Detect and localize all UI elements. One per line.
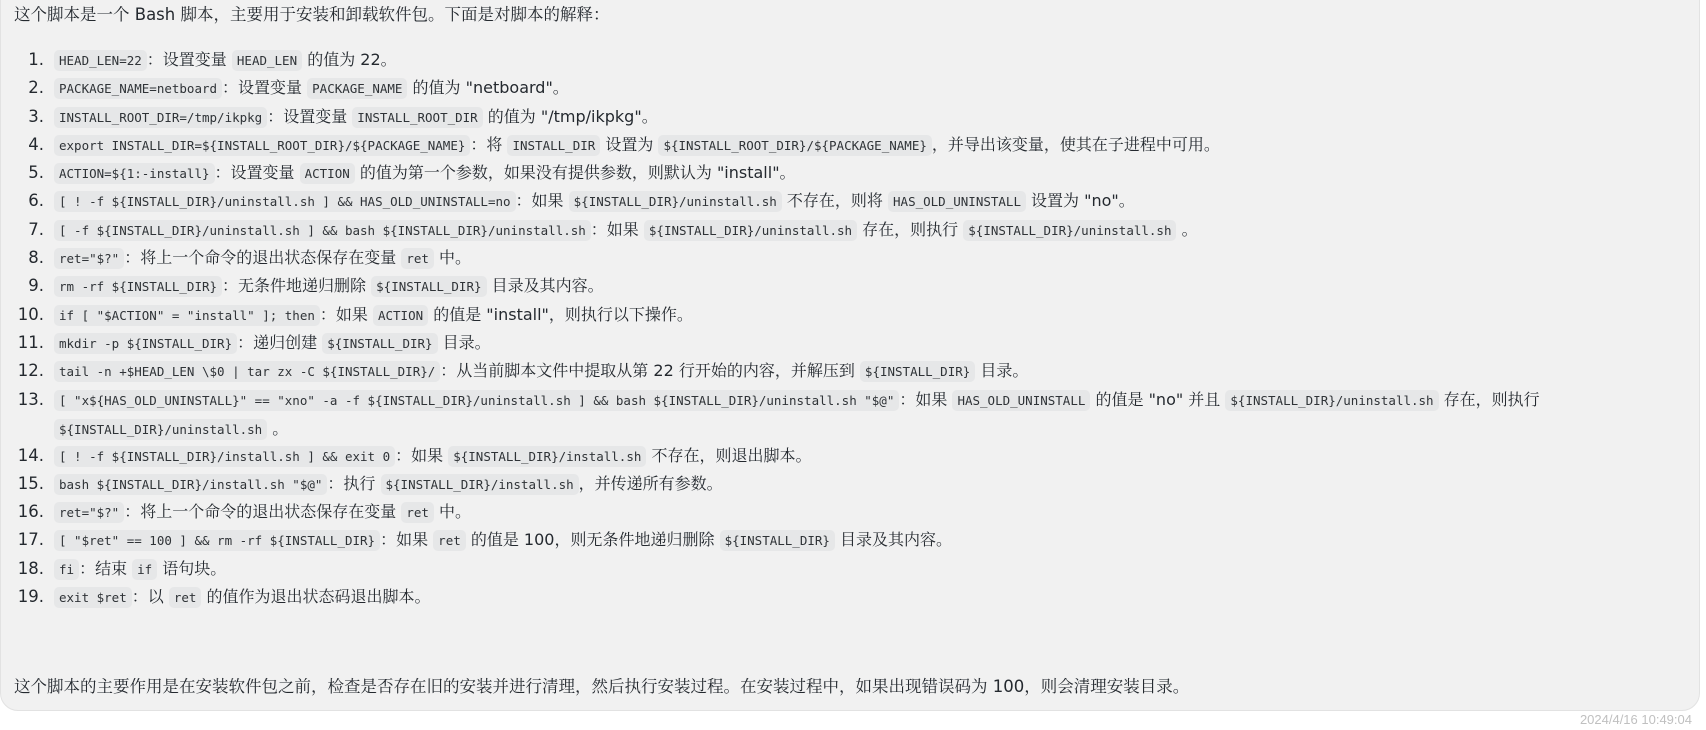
inline-code: ${INSTALL_DIR}/uninstall.sh — [54, 419, 267, 440]
list-item-number: 5. — [0, 159, 44, 187]
inline-code: HAS_OLD_UNINSTALL — [952, 390, 1090, 411]
inline-code: ret="$?" — [54, 248, 124, 269]
explanation-text: 设置为 "no"。 — [1026, 191, 1135, 210]
inline-code: ACTION=${1:-install} — [54, 163, 215, 184]
explanation-list: 1.HEAD_LEN=22：设置变量 HEAD_LEN 的值为 22。2.PAC… — [0, 46, 1690, 611]
inline-code: rm -rf ${INSTALL_DIR} — [54, 276, 222, 297]
inline-code: ${INSTALL_DIR}/uninstall.sh — [1225, 390, 1438, 411]
list-item-number: 11. — [0, 329, 44, 357]
list-item-number: 13. — [0, 386, 44, 414]
inline-code: mkdir -p ${INSTALL_DIR} — [54, 333, 237, 354]
list-item-number: 1. — [0, 46, 44, 74]
explanation-text: 的值为 "/tmp/ikpkg"。 — [483, 107, 658, 126]
list-item: 16.ret="$?"：将上一个命令的退出状态保存在变量 ret 中。 — [0, 498, 1690, 526]
inline-code: ACTION — [300, 163, 355, 184]
inline-code: HEAD_LEN — [232, 50, 302, 71]
inline-code: if [ "$ACTION" = "install" ]; then — [54, 305, 320, 326]
inline-code: [ -f ${INSTALL_DIR}/uninstall.sh ] && ba… — [54, 220, 591, 241]
list-item: 1.HEAD_LEN=22：设置变量 HEAD_LEN 的值为 22。 — [0, 46, 1690, 74]
explanation-text: 设置为 — [600, 135, 658, 154]
list-item-number: 9. — [0, 272, 44, 300]
explanation-text: ，并传递所有参数。 — [579, 474, 723, 493]
list-item: 15.bash ${INSTALL_DIR}/install.sh "$@"：执… — [0, 470, 1690, 498]
inline-code: ACTION — [373, 305, 428, 326]
explanation-text: 目录。 — [438, 333, 491, 352]
inline-code: ${INSTALL_DIR}/uninstall.sh — [569, 191, 782, 212]
explanation-text: ：将 — [470, 135, 507, 154]
inline-code: ret="$?" — [54, 502, 124, 523]
explanation-text: 的值是 100，则无条件地递归删除 — [466, 530, 720, 549]
inline-code: ${INSTALL_DIR}/install.sh — [448, 446, 646, 467]
inline-code: INSTALL_ROOT_DIR — [352, 107, 482, 128]
list-item-number: 18. — [0, 555, 44, 583]
explanation-text: 中。 — [434, 502, 471, 521]
explanation-text: 目录及其内容。 — [835, 530, 952, 549]
list-item-number: 6. — [0, 187, 44, 215]
list-item: 18.fi：结束 if 语句块。 — [0, 555, 1690, 583]
inline-code: export INSTALL_DIR=${INSTALL_ROOT_DIR}/$… — [54, 135, 470, 156]
explanation-text: ：如果 — [516, 191, 569, 210]
explanation-text: ：从当前脚本文件中提取从第 22 行开始的内容，并解压到 — [440, 361, 860, 380]
inline-code: [ ! -f ${INSTALL_DIR}/uninstall.sh ] && … — [54, 191, 516, 212]
list-item-number: 7. — [0, 216, 44, 244]
list-item: 17.[ "$ret" == 100 ] && rm -rf ${INSTALL… — [0, 526, 1690, 554]
list-item-number: 10. — [0, 301, 44, 329]
list-item-number: 15. — [0, 470, 44, 498]
inline-code: ${INSTALL_DIR}/install.sh — [381, 474, 579, 495]
explanation-text: ：结束 — [79, 559, 132, 578]
explanation-text: 存在，则执行 — [1439, 390, 1540, 409]
list-item: 14.[ ! -f ${INSTALL_DIR}/install.sh ] &&… — [0, 442, 1690, 470]
explanation-text: 中。 — [434, 248, 471, 267]
explanation-text: ：如果 — [395, 446, 448, 465]
list-item: 6.[ ! -f ${INSTALL_DIR}/uninstall.sh ] &… — [0, 187, 1690, 215]
explanation-text: ：如果 — [591, 220, 644, 239]
explanation-text: ：设置变量 — [215, 163, 300, 182]
list-item-number: 17. — [0, 526, 44, 554]
explanation-text: 存在，则执行 — [857, 220, 963, 239]
inline-code: [ "x${HAS_OLD_UNINSTALL}" == "xno" -a -f… — [54, 390, 899, 411]
inline-code: ${INSTALL_DIR} — [860, 361, 975, 382]
list-item-number: 14. — [0, 442, 44, 470]
explanation-text: 的值作为退出状态码退出脚本。 — [201, 587, 430, 606]
list-item: 13.[ "x${HAS_OLD_UNINSTALL}" == "xno" -a… — [0, 386, 1654, 442]
inline-code: if — [132, 559, 157, 580]
explanation-text: ：设置变量 — [267, 107, 352, 126]
explanation-text: ：无条件地递归删除 — [222, 276, 371, 295]
list-item: 10.if [ "$ACTION" = "install" ]; then：如果… — [0, 301, 1690, 329]
explanation-text: ，并导出该变量，使其在子进程中可用。 — [932, 135, 1220, 154]
explanation-text: ：如果 — [380, 530, 433, 549]
explanation-text: ：将上一个命令的退出状态保存在变量 — [124, 248, 401, 267]
list-item: 8.ret="$?"：将上一个命令的退出状态保存在变量 ret 中。 — [0, 244, 1690, 272]
inline-code: [ ! -f ${INSTALL_DIR}/install.sh ] && ex… — [54, 446, 395, 467]
explanation-text: ：如果 — [899, 390, 952, 409]
explanation-text: ：如果 — [320, 305, 373, 324]
inline-code: ret — [401, 248, 434, 269]
explanation-text: 目录及其内容。 — [487, 276, 604, 295]
inline-code: ret — [401, 502, 434, 523]
explanation-text: 的值为 22。 — [302, 50, 397, 69]
explanation-text: ：设置变量 — [147, 50, 232, 69]
explanation-text: 的值为第一个参数，如果没有提供参数，则默认为 "install"。 — [355, 163, 796, 182]
inline-code: tail -n +$HEAD_LEN \$0 | tar zx -C ${INS… — [54, 361, 440, 382]
explanation-text: 的值是 "install"，则执行以下操作。 — [428, 305, 693, 324]
inline-code: ${INSTALL_DIR}/uninstall.sh — [644, 220, 857, 241]
list-item: 3.INSTALL_ROOT_DIR=/tmp/ikpkg：设置变量 INSTA… — [0, 103, 1690, 131]
explanation-text: 的值为 "netboard"。 — [407, 78, 568, 97]
list-item-number: 3. — [0, 103, 44, 131]
inline-code: fi — [54, 559, 79, 580]
list-item: 2.PACKAGE_NAME=netboard：设置变量 PACKAGE_NAM… — [0, 74, 1690, 102]
list-item: 12.tail -n +$HEAD_LEN \$0 | tar zx -C ${… — [0, 357, 1690, 385]
list-item: 9.rm -rf ${INSTALL_DIR}：无条件地递归删除 ${INSTA… — [0, 272, 1690, 300]
inline-code: ${INSTALL_ROOT_DIR}/${PACKAGE_NAME} — [658, 135, 931, 156]
list-item: 5.ACTION=${1:-install}：设置变量 ACTION 的值为第一… — [0, 159, 1690, 187]
list-item: 4.export INSTALL_DIR=${INSTALL_ROOT_DIR}… — [0, 131, 1690, 159]
inline-code: ret — [433, 530, 466, 551]
inline-code: bash ${INSTALL_DIR}/install.sh "$@" — [54, 474, 327, 495]
explanation-text: 不存在，则将 — [782, 191, 888, 210]
inline-code: ret — [169, 587, 202, 608]
explanation-text: 语句块。 — [157, 559, 226, 578]
list-item-number: 8. — [0, 244, 44, 272]
list-item-number: 4. — [0, 131, 44, 159]
list-item: 19.exit $ret：以 ret 的值作为退出状态码退出脚本。 — [0, 583, 1690, 611]
list-item: 11.mkdir -p ${INSTALL_DIR}：递归创建 ${INSTAL… — [0, 329, 1690, 357]
inline-code: PACKAGE_NAME=netboard — [54, 78, 222, 99]
list-item: 7.[ -f ${INSTALL_DIR}/uninstall.sh ] && … — [0, 216, 1690, 244]
inline-code: [ "$ret" == 100 ] && rm -rf ${INSTALL_DI… — [54, 530, 380, 551]
list-item-number: 19. — [0, 583, 44, 611]
explanation-text: ：以 — [132, 587, 169, 606]
explanation-text: 。 — [267, 419, 288, 438]
explanation-text: ：执行 — [327, 474, 380, 493]
explanation-text: ：设置变量 — [222, 78, 307, 97]
message-timestamp: 2024/4/16 10:49:04 — [1580, 712, 1692, 727]
inline-code: ${INSTALL_DIR}/uninstall.sh — [963, 220, 1176, 241]
explanation-text: 不存在，则退出脚本。 — [646, 446, 811, 465]
message-summary: 这个脚本的主要作用是在安装软件包之前，检查是否存在旧的安装并进行清理，然后执行安… — [14, 676, 1189, 698]
inline-code: ${INSTALL_DIR} — [371, 276, 486, 297]
list-item-number: 12. — [0, 357, 44, 385]
explanation-text: ：将上一个命令的退出状态保存在变量 — [124, 502, 401, 521]
list-item-number: 2. — [0, 74, 44, 102]
explanation-text: 。 — [1176, 220, 1197, 239]
inline-code: ${INSTALL_DIR} — [322, 333, 437, 354]
inline-code: HAS_OLD_UNINSTALL — [888, 191, 1026, 212]
inline-code: HEAD_LEN=22 — [54, 50, 147, 71]
explanation-text: ：递归创建 — [237, 333, 322, 352]
inline-code: PACKAGE_NAME — [307, 78, 407, 99]
explanation-text: 目录。 — [975, 361, 1028, 380]
inline-code: INSTALL_ROOT_DIR=/tmp/ikpkg — [54, 107, 267, 128]
inline-code: ${INSTALL_DIR} — [720, 530, 835, 551]
inline-code: exit $ret — [54, 587, 132, 608]
explanation-text: 的值是 "no" 并且 — [1090, 390, 1225, 409]
list-item-number: 16. — [0, 498, 44, 526]
inline-code: INSTALL_DIR — [507, 135, 600, 156]
message-intro: 这个脚本是一个 Bash 脚本，主要用于安装和卸载软件包。下面是对脚本的解释： — [14, 4, 609, 26]
